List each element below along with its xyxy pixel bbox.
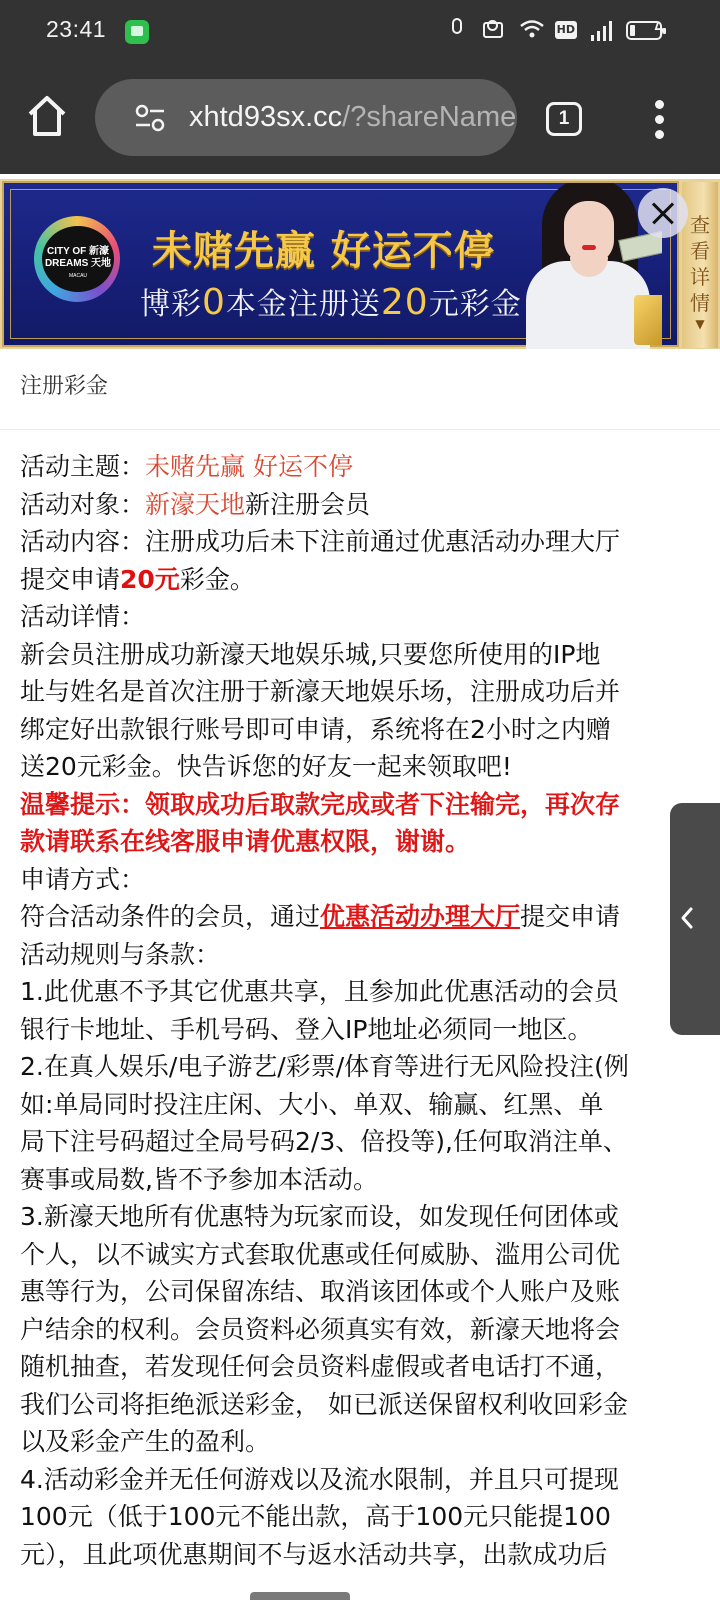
scroll-indicator	[250, 1592, 350, 1600]
sub-prefix: 博彩	[140, 287, 202, 322]
content-line-2: 提交申请20元彩金。	[20, 561, 720, 599]
close-icon[interactable]	[638, 188, 688, 238]
hd-icon: HD	[555, 21, 577, 39]
tune-icon[interactable]	[135, 104, 165, 132]
home-button[interactable]	[26, 94, 68, 138]
target-label: 活动对象：	[20, 490, 145, 519]
target-brand: 新濠天地	[145, 490, 245, 519]
rules-line: 赛事或局数,皆不予参加本活动。	[20, 1161, 720, 1199]
details-label: 活动详情：	[20, 598, 720, 636]
tab-switcher-button[interactable]: 1	[546, 102, 582, 136]
rules-line: 如:单局同时投注庄闲、大小、单双、输赢、红黑、单	[20, 1086, 720, 1124]
chevron-left-icon	[680, 906, 694, 930]
banner-headline: 未赌先赢 好运不停	[152, 219, 495, 276]
status-time: 23:41	[46, 16, 106, 43]
messages-app-icon	[125, 20, 149, 44]
sub-mid: 本金注册送	[226, 287, 381, 322]
url-path: /?shareName	[342, 101, 516, 133]
page-header: 注册彩金	[0, 349, 720, 430]
promotion-article: 活动主题：未赌先赢 好运不停 活动对象：新濠天地新注册会员 活动内容：注册成功后…	[20, 448, 720, 1573]
rules-line: 元），且此项优惠期间不与返水活动共享，出款成功后	[20, 1536, 720, 1574]
rules-line: 我们公司将拒绝派送彩金， 如已派送保留权利收回彩金	[20, 1386, 720, 1424]
content-line: 活动内容：注册成功后未下注前通过优惠活动办理大厅	[20, 523, 720, 561]
warning-line: 款请联系在线客服申请优惠权限，谢谢。	[20, 823, 720, 861]
rules-line: 户结余的权利。会员资料必须真实有效，新濠天地将会	[20, 1311, 720, 1349]
url-text[interactable]: xhtd93sx.cc/?shareName	[189, 101, 516, 134]
rules-line: 4.活动彩金并无任何游戏以及流水限制，并且只可提现	[20, 1461, 720, 1499]
apply-suffix: 提交申请	[520, 902, 620, 931]
home-icon	[26, 94, 68, 138]
url-host: xhtd93sx.cc	[189, 101, 342, 133]
apply-line: 符合活动条件的会员，通过优惠活动办理大厅提交申请	[20, 898, 720, 936]
rules-line: 以及彩金产生的盈利。	[20, 1423, 720, 1461]
details-char: 看	[690, 239, 710, 263]
browser-toolbar: xhtd93sx.cc/?shareName 1	[0, 64, 720, 174]
details-char: 查	[690, 213, 710, 237]
4g-signal-icon	[591, 19, 612, 41]
promo-hall-link[interactable]: 优惠活动办理大厅	[320, 902, 520, 931]
content-text: 提交申请	[20, 565, 120, 594]
banner-subheadline: 博彩0本金注册送20元彩金	[140, 279, 522, 323]
warning-line: 温馨提示：领取成功后取款完成或者下注输完，再次存	[20, 786, 720, 824]
sub-zero: 0	[202, 282, 226, 323]
logo-line3: MACAU	[42, 270, 114, 282]
caret-down-icon: ▼	[682, 316, 718, 332]
theme-value: 未赌先赢 好运不停	[145, 452, 353, 481]
rules-line: 银行卡地址、手机号码、登入IP地址必须同一地区。	[20, 1011, 720, 1049]
promo-banner[interactable]: CITY OF 新濠 DREAMS 天地 MACAU 未赌先赢 好运不停 博彩0…	[0, 179, 720, 349]
details-char: 情	[690, 291, 710, 315]
more-vertical-icon[interactable]	[652, 100, 666, 140]
rules-line: 2.在真人娱乐/电子游艺/彩票/体育等进行无风险投注(例	[20, 1048, 720, 1086]
details-line: 绑定好出款银行账号即可申请，系统将在2小时之内赠	[20, 711, 720, 749]
sub-suffix: 元彩金	[429, 287, 522, 322]
page-title: 注册彩金	[20, 369, 108, 400]
details-line: 送20元彩金。快告诉您的好友一起来领取吧!	[20, 748, 720, 786]
content-text: 注册成功后未下注前通过优惠活动办理大厅	[145, 527, 620, 556]
banner-image[interactable]: CITY OF 新濠 DREAMS 天地 MACAU 未赌先赢 好运不停 博彩0…	[2, 181, 679, 347]
details-line: 址与姓名是首次注册于新濠天地娱乐场，注册成功后并	[20, 673, 720, 711]
status-icons: HD	[447, 18, 662, 42]
rules-line: 100元（低于100元不能出款，高于100元只能提100	[20, 1498, 720, 1536]
content-label: 活动内容：	[20, 527, 145, 556]
status-bar: 23:41 HD ϟ	[0, 0, 720, 64]
details-line: 新会员注册成功新濠天地娱乐城,只要您所使用的IP地	[20, 636, 720, 674]
rules-line: 个人，以不诚实方式套取优惠或任何威胁、滥用公司优	[20, 1236, 720, 1274]
logo-line1: CITY OF 新濠	[42, 246, 114, 258]
charging-icon: ϟ	[653, 18, 666, 42]
sub-amount: 20	[381, 282, 429, 323]
address-bar[interactable]: xhtd93sx.cc/?shareName	[95, 79, 517, 156]
microphone-icon	[447, 18, 469, 42]
camera-icon	[483, 18, 505, 42]
rules-line: 3.新濠天地所有优惠特为玩家而设，如发现任何团体或	[20, 1198, 720, 1236]
theme-label: 活动主题：	[20, 452, 145, 481]
gold-bars-image	[634, 295, 662, 345]
side-panel-handle[interactable]	[670, 803, 720, 1035]
city-of-dreams-logo: CITY OF 新濠 DREAMS 天地 MACAU	[34, 216, 120, 302]
rules-line: 随机抽查，若发现任何会员资料虚假或者电话打不通，	[20, 1348, 720, 1386]
apply-label: 申请方式：	[20, 861, 720, 899]
wifi-icon	[519, 18, 541, 42]
logo-line2: DREAMS 天地	[42, 258, 114, 270]
content-text: 彩金。	[180, 565, 255, 594]
target-value: 新注册会员	[245, 490, 370, 519]
theme-line: 活动主题：未赌先赢 好运不停	[20, 448, 720, 486]
rules-line: 1.此优惠不予其它优惠共享，且参加此优惠活动的会员	[20, 973, 720, 1011]
rules-line: 局下注号码超过全局号码2/3、倍投等),任何取消注单、	[20, 1123, 720, 1161]
bonus-amount: 20元	[120, 565, 180, 594]
rules-line: 惠等行为，公司保留冻结、取消该团体或个人账户及账	[20, 1273, 720, 1311]
rules-label: 活动规则与条款：	[20, 936, 720, 974]
target-line: 活动对象：新濠天地新注册会员	[20, 486, 720, 524]
details-char: 详	[690, 265, 710, 289]
apply-prefix: 符合活动条件的会员，通过	[20, 902, 320, 931]
